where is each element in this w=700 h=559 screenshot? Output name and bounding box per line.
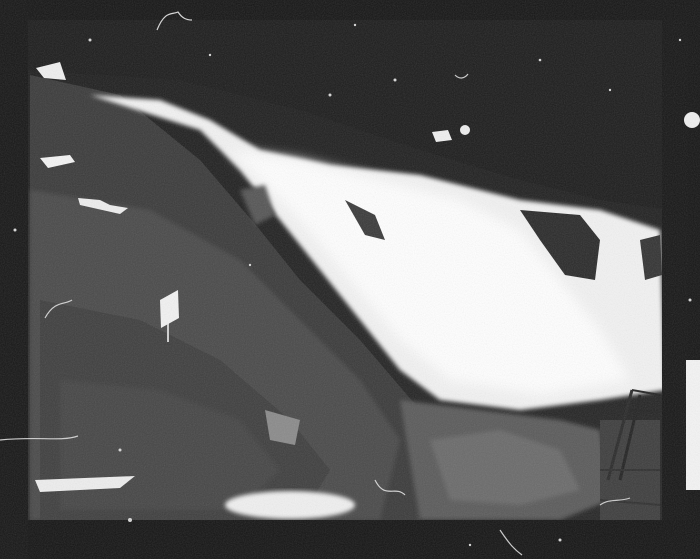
photo-render	[0, 0, 700, 559]
waterfall-photo: Black and white film photograph of a wat…	[0, 0, 700, 559]
